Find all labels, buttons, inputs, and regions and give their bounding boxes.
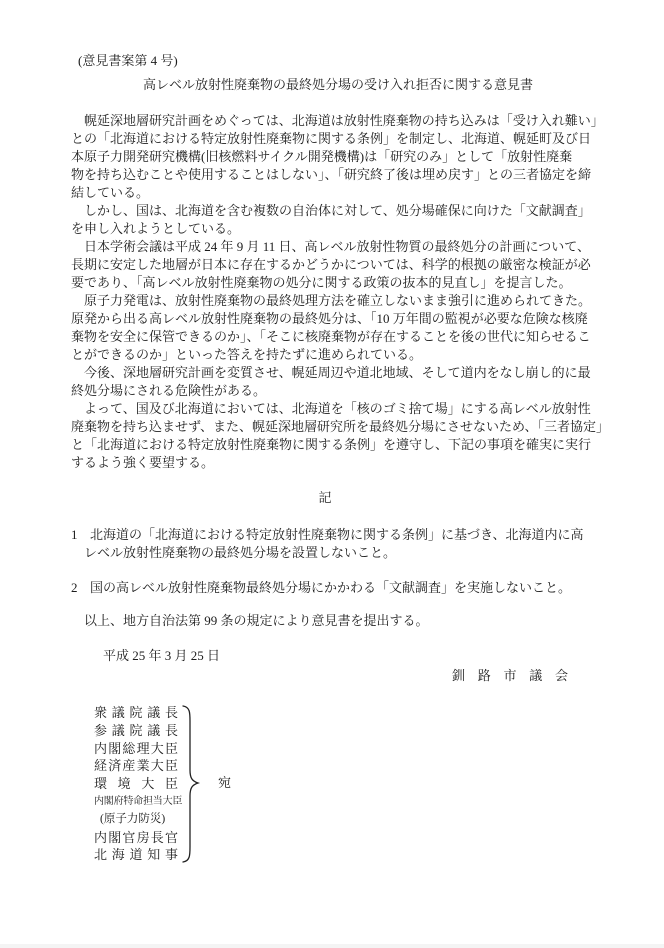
body-line: よって、国及び北海道においては、北海道を「核のゴミ捨て場」にする高レベル放射性: [71, 400, 579, 418]
recipient-name: 経済産業大臣: [94, 757, 178, 775]
case-number-label: (意見書案第 4 号): [71, 52, 579, 70]
body-line: 幌延深地層研究計画をめぐっては、北海道は放射性廃棄物の持ち込みは「受け入れ難い」: [71, 112, 579, 130]
body-line: 今後、深地層研究計画を変質させ、幌延周辺や道北地域、そして道内をなし崩し的に最: [71, 364, 579, 382]
addressed-to-label: 宛: [218, 774, 231, 792]
recipient-name: 内閣府特命担当大臣: [94, 793, 186, 811]
recipient-name: 内閣官房長官: [94, 829, 178, 847]
recipient-name: 内閣総理大臣: [94, 740, 178, 758]
body-line: しかし、国は、北海道を含む複数の自治体に対して、処分場確保に向けた「文献調査」: [71, 202, 579, 220]
brace-decoration: [180, 704, 200, 864]
body-line: 本原子力開発研究機構(旧核燃料サイクル開発機構)は「研究のみ」として「放射性廃棄: [71, 148, 579, 166]
body-line: 原発から出る高レベル放射性廃棄物の最終処分は、「10 万年間の監視が必要な危険な…: [71, 310, 579, 328]
recipients-block: 衆議院議長参議院議長内閣総理大臣経済産業大臣環境大臣内閣府特命担当大臣(原子力防…: [94, 704, 579, 876]
item-line: 2国の高レベル放射性廃棄物最終処分場にかかわる「文献調査」を実施しないこと。: [71, 579, 579, 597]
body-line: を申し入れようとしている。: [71, 220, 579, 238]
document-body: 幌延深地層研究計画をめぐっては、北海道は放射性廃棄物の持ち込みは「受け入れ難い」…: [71, 112, 579, 472]
item-text: 北海道の「北海道における特定放射性廃棄物に関する条例」に基づき、北海道内に高: [90, 527, 583, 542]
recipient-name: 参議院議長: [94, 722, 178, 740]
body-line: するよう強く要望する。: [71, 454, 579, 472]
body-line: 長期に安定した地層が日本に存在するかどうかについては、科学的根拠の厳密な検証が必: [71, 256, 579, 274]
demand-item: 2国の高レベル放射性廃棄物最終処分場にかかわる「文献調査」を実施しないこと。: [71, 579, 579, 597]
document-title: 高レベル放射性廃棄物の最終処分場の受け入れ拒否に関する意見書: [71, 76, 579, 94]
sender-name: 釧 路 市 議 会: [452, 667, 568, 685]
body-line: 物を持ち込むことや使用することはしない」、「研究終了後は埋め戻す」との三者協定を…: [71, 166, 579, 184]
closing-statement: 以上、地方自治法第 99 条の規定により意見書を提出する。: [71, 612, 579, 630]
item-number: 2: [71, 579, 90, 597]
recipient-name: 北海道知事: [94, 846, 178, 864]
document-date: 平成 25 年 3 月 25 日: [71, 647, 579, 665]
body-line: 結している。: [71, 184, 579, 202]
page-bottom-edge: [0, 944, 664, 948]
body-line: 要であり、「高レベル放射性廃棄物の処分に関する政策の抜本的見直し」を提言した。: [71, 274, 579, 292]
body-line: 棄物を安全に保管できるのか」、「そこに核廃棄物が存在することを後の世代に知らせる…: [71, 328, 579, 346]
demand-items: 1北海道の「北海道における特定放射性廃棄物に関する条例」に基づき、北海道内に高レ…: [71, 526, 579, 597]
item-number: 1: [71, 526, 90, 544]
recipient-name: 環境大臣: [94, 775, 178, 793]
notation-ki: 記: [71, 489, 579, 507]
body-line: 原子力発電は、放射性廃棄物の最終処理方法を確立しないまま強引に進められてきた。: [71, 292, 579, 310]
body-line: 終処分場にされる危険性がある。: [71, 382, 579, 400]
body-line: との「北海道における特定放射性廃棄物に関する条例」を制定し、北海道、幌延町及び日: [71, 130, 579, 148]
body-line: 廃棄物を持ち込ませず、また、幌延深地層研究所を最終処分場にさせないため、「三者協…: [71, 418, 579, 436]
recipient-list: 衆議院議長参議院議長内閣総理大臣経済産業大臣環境大臣内閣府特命担当大臣(原子力防…: [94, 704, 579, 864]
body-line: とができるのか」といった答えを持たずに進められている。: [71, 346, 579, 364]
recipient-name: 衆議院議長: [94, 704, 178, 722]
item-line: レベル放射性廃棄物の最終処分場を設置しないこと。: [71, 544, 579, 562]
item-text: 国の高レベル放射性廃棄物最終処分場にかかわる「文献調査」を実施しないこと。: [90, 580, 571, 595]
document-page: (意見書案第 4 号) 高レベル放射性廃棄物の最終処分場の受け入れ拒否に関する意…: [0, 0, 664, 948]
demand-item: 1北海道の「北海道における特定放射性廃棄物に関する条例」に基づき、北海道内に高レ…: [71, 526, 579, 562]
recipient-name: (原子力防災): [94, 811, 579, 829]
body-line: 日本学術会議は平成 24 年 9 月 11 日、高レベル放射性物質の最終処分の計…: [71, 238, 579, 256]
body-line: と「北海道における特定放射性廃棄物に関する条例」を遵守し、下記の事項を確実に実行: [71, 436, 579, 454]
item-line: 1北海道の「北海道における特定放射性廃棄物に関する条例」に基づき、北海道内に高: [71, 526, 579, 544]
